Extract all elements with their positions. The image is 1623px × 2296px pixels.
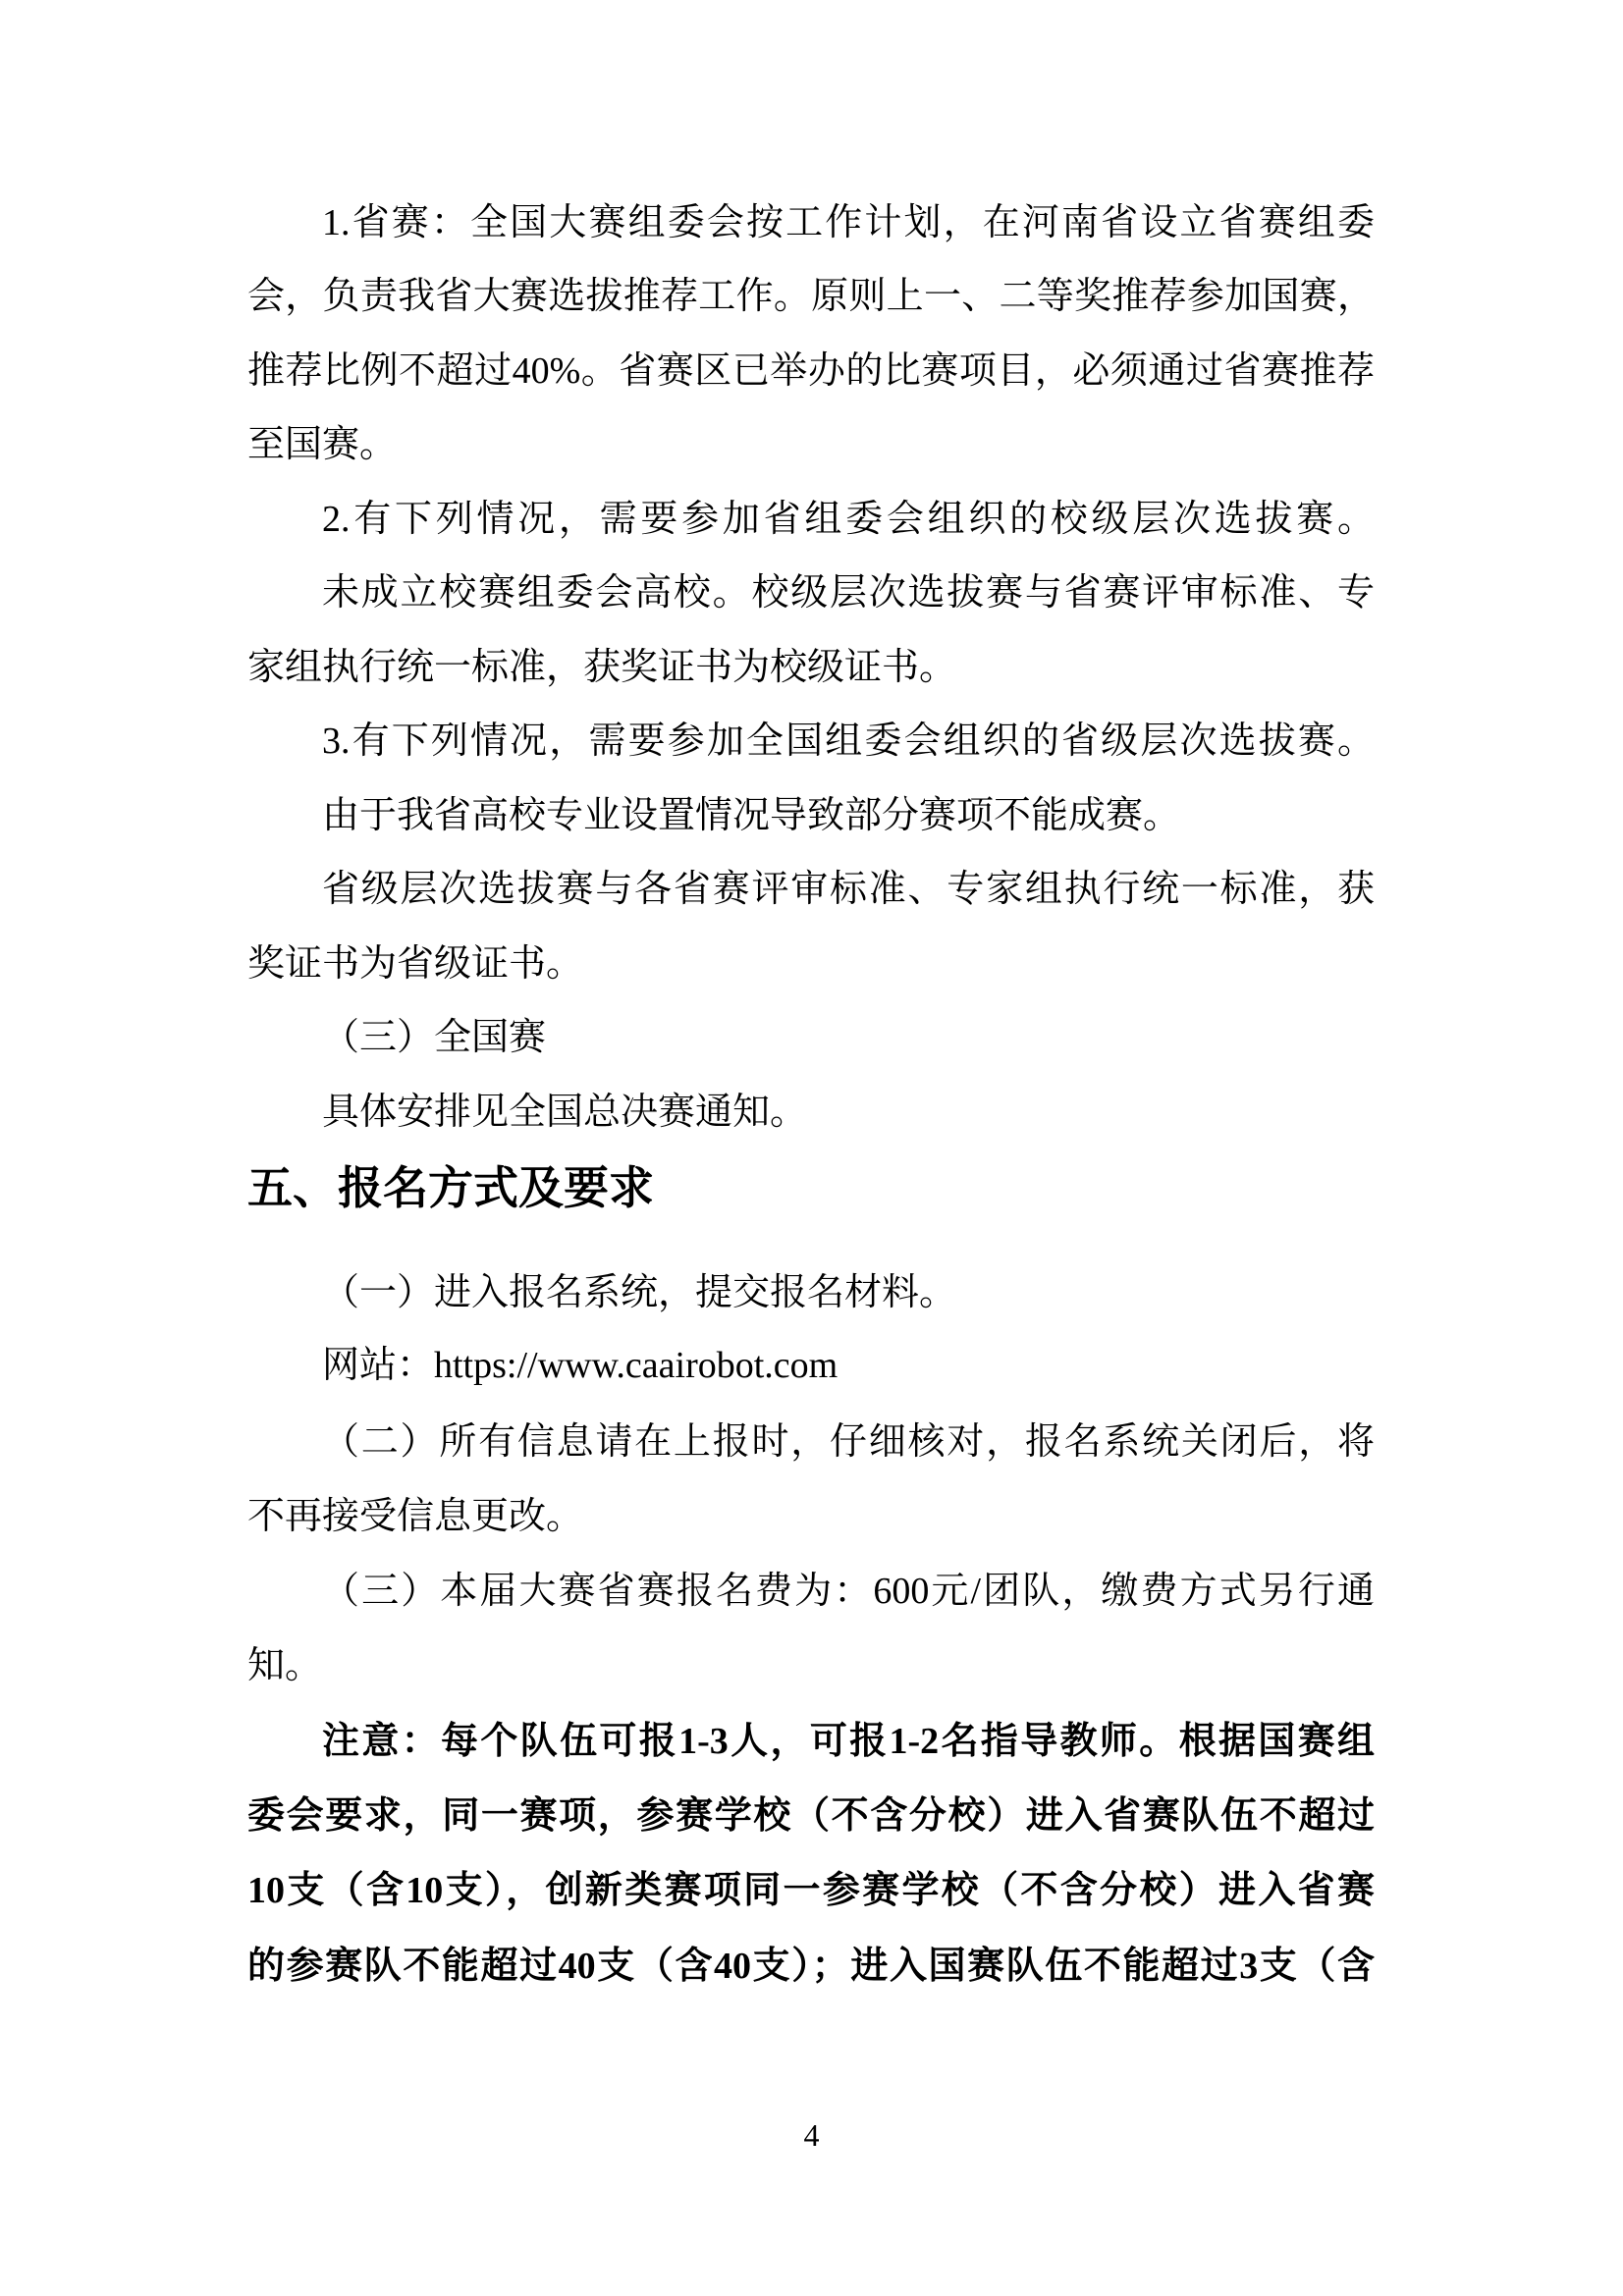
document-page: 1.省赛：全国大赛组委会按工作计划，在河南省设立省赛组委 会，负责我省大赛选拔推…: [0, 0, 1623, 2296]
text-line: 未成立校赛组委会高校。校级层次选拔赛与省赛评审标准、专: [247, 571, 1375, 615]
text-line: 的参赛队不能超过40支（含40支）；进入国赛队伍不能超过3支（含: [247, 1945, 1375, 1989]
text-line website-url-line: 网站：https://www.caairobot.com: [247, 1344, 1375, 1388]
text-line: 会，负责我省大赛选拔推荐工作。原则上一、二等奖推荐参加国赛，: [247, 275, 1375, 319]
text-line: 由于我省高校专业设置情况导致部分赛项不能成赛。: [247, 794, 1375, 838]
text-line: 省级层次选拔赛与各省赛评审标准、专家组执行统一标准，获: [247, 868, 1375, 912]
text-line: 3.有下列情况，需要参加全国组委会组织的省级层次选拔赛。: [247, 720, 1375, 764]
text-line: 具体安排见全国总决赛通知。: [247, 1091, 1375, 1135]
text-line: 10支（含10支），创新类赛项同一参赛学校（不含分校）进入省赛: [247, 1869, 1375, 1913]
text-line: 2.有下列情况，需要参加省组委会组织的校级层次选拔赛。: [247, 498, 1375, 542]
text-line: 推荐比例不超过40%。省赛区已举办的比赛项目，必须通过省赛推荐: [247, 349, 1375, 394]
text-line: 委会要求，同一赛项，参赛学校（不含分校）进入省赛队伍不超过: [247, 1794, 1375, 1839]
text-line: 1.省赛：全国大赛组委会按工作计划，在河南省设立省赛组委: [247, 201, 1375, 245]
text-line: （二）所有信息请在上报时，仔细核对，报名系统关闭后，将: [247, 1420, 1375, 1465]
text-line: （三）全国赛: [247, 1016, 1375, 1060]
text-line: （一）进入报名系统，提交报名材料。: [247, 1271, 1375, 1315]
text-line: （三）本届大赛省赛报名费为：600元/团队，缴费方式另行通: [247, 1570, 1375, 1614]
page-number: 4: [0, 2118, 1623, 2153]
section-heading: 五、报名方式及要求: [247, 1164, 1375, 1214]
text-line: 奖证书为省级证书。: [247, 942, 1375, 987]
text-line: 不再接受信息更改。: [247, 1495, 1375, 1539]
text-line: 知。: [247, 1644, 1375, 1688]
text-line: 至国赛。: [247, 423, 1375, 467]
text-line: 注意：每个队伍可报1-3人，可报1-2名指导教师。根据国赛组: [247, 1720, 1375, 1764]
text-line: 家组执行统一标准，获奖证书为校级证书。: [247, 646, 1375, 690]
